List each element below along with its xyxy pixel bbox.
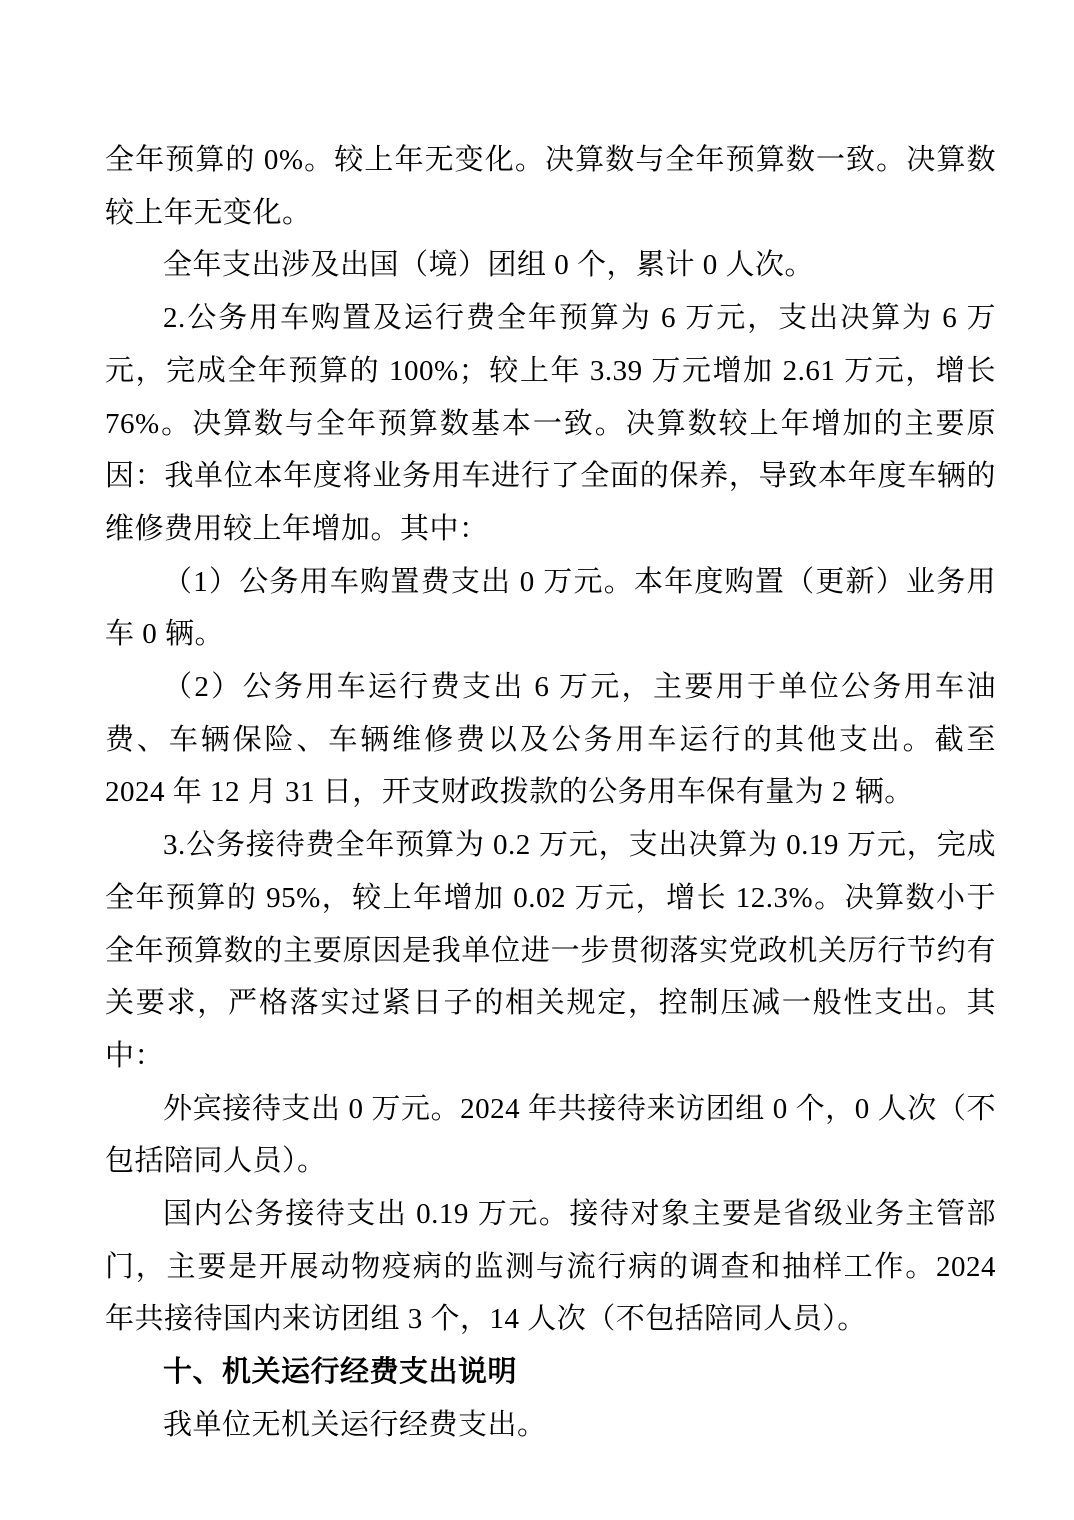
paragraph-reception-budget: 3.公务接待费全年预算为 0.2 万元，支出决算为 0.19 万元，完成全年预算… [105, 819, 996, 1083]
paragraph-foreign-reception: 外宾接待支出 0 万元。2024 年共接待来访团组 0 个，0 人次（不包括陪同… [105, 1083, 996, 1188]
paragraph-budget-no-change: 全年预算的 0%。较上年无变化。决算数与全年预算数一致。决算数较上年无变化。 [105, 134, 996, 239]
document-page: 全年预算的 0%。较上年无变化。决算数与全年预算数一致。决算数较上年无变化。 全… [0, 0, 1074, 1520]
paragraph-vehicle-budget: 2.公务用车购置及运行费全年预算为 6 万元，支出决算为 6 万元，完成全年预算… [105, 292, 996, 556]
paragraph-vehicle-operation: （2）公务用车运行费支出 6 万元，主要用于单位公务用车油费、车辆保险、车辆维修… [105, 661, 996, 819]
paragraph-domestic-reception: 国内公务接待支出 0.19 万元。接待对象主要是省级业务主管部门，主要是开展动物… [105, 1188, 996, 1346]
paragraph-vehicle-purchase: （1）公务用车购置费支出 0 万元。本年度购置（更新）业务用车 0 辆。 [105, 556, 996, 661]
paragraph-abroad-groups: 全年支出涉及出国（境）团组 0 个，累计 0 人次。 [105, 239, 996, 292]
paragraph-no-operating-expenses: 我单位无机关运行经费支出。 [105, 1399, 996, 1452]
section-heading-operating-expenses: 十、机关运行经费支出说明 [105, 1346, 996, 1399]
